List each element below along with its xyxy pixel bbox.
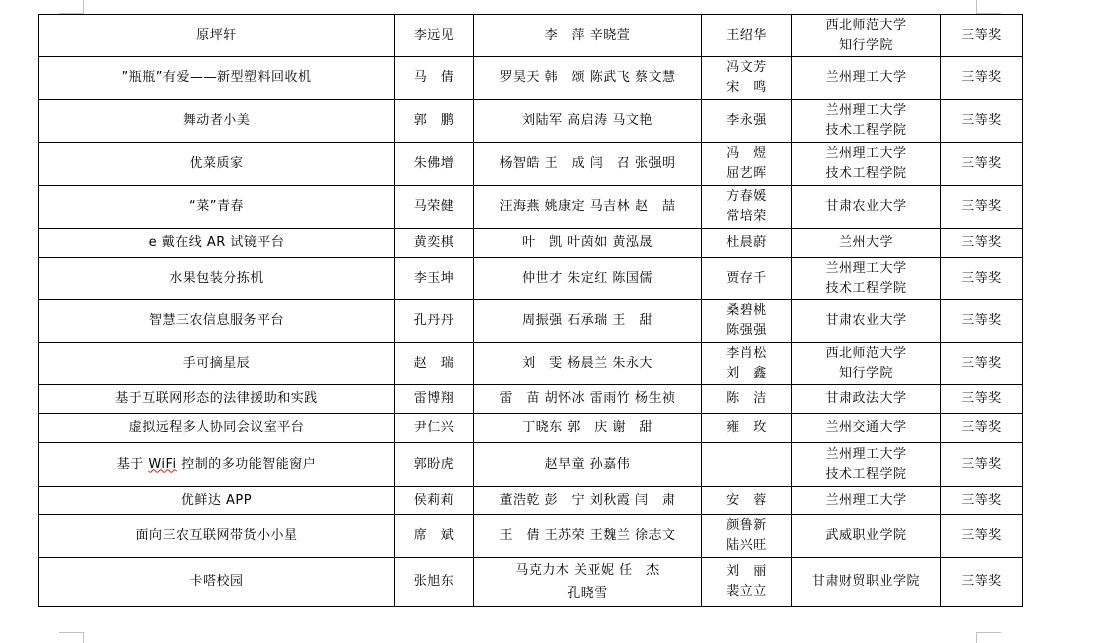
school-cell[interactable]: 甘肃财贸职业学院 (792, 558, 941, 607)
award-cell[interactable]: 三等奖 (941, 300, 1023, 343)
award-cell[interactable]: 三等奖 (941, 443, 1023, 487)
advisors-cell[interactable]: 王绍华 (702, 15, 792, 57)
leader-cell[interactable]: 朱佛增 (395, 143, 474, 186)
award-cell[interactable]: 三等奖 (941, 100, 1023, 143)
school-cell[interactable]: 甘肃农业大学 (792, 300, 941, 343)
school-cell[interactable]: 西北师范大学 知行学院 (792, 15, 941, 57)
leader-cell[interactable]: 郭 鹏 (395, 100, 474, 143)
advisors-cell[interactable]: 陈 洁 (702, 385, 792, 414)
leader-cell[interactable]: 雷博翔 (395, 385, 474, 414)
leader-cell[interactable]: 赵 瑞 (395, 343, 474, 385)
project-name-cell[interactable]: 基于 WiFi 控制的多功能智能窗户 (39, 443, 395, 487)
table-row: 基于互联网形态的法律援助和实践 雷博翔 雷 苗 胡怀冰 雷雨竹 杨生祯 陈 洁 … (39, 385, 1023, 414)
corner-mark-bottom-left-h (59, 632, 84, 633)
award-cell[interactable]: 三等奖 (941, 57, 1023, 100)
table-row: e 戴在线 AR 试镜平台 黄奕棋 叶 凯 叶茵如 黄泓晟 杜晨蔚 兰州大学 三… (39, 229, 1023, 258)
advisors-cell[interactable]: 雍 玫 (702, 414, 792, 443)
table-row: 舞动者小美 郭 鹏 刘陆军 高启涛 马文艳 李永强 兰州理工大学 技术工程学院 … (39, 100, 1023, 143)
members-cell[interactable]: 刘 雯 杨晨兰 朱永大 (474, 343, 702, 385)
award-cell[interactable]: 三等奖 (941, 343, 1023, 385)
table-row: 面向三农互联网带货小小星 席 斌 王 倩 王苏荣 王魏兰 徐志文 颜鲁新 陆兴旺… (39, 515, 1023, 558)
members-cell[interactable]: 李 萍 辛晓萱 (474, 15, 702, 57)
award-cell[interactable]: 三等奖 (941, 143, 1023, 186)
advisors-cell[interactable]: 方春媛 常培荣 (702, 186, 792, 229)
project-prefix: 基于 (117, 457, 149, 472)
leader-cell[interactable]: 李玉坤 (395, 258, 474, 300)
school-cell[interactable]: 兰州大学 (792, 229, 941, 258)
award-cell[interactable]: 三等奖 (941, 15, 1023, 57)
corner-mark-bottom-right-v (976, 632, 977, 643)
members-cell[interactable]: 杨智皓 王 成 闫 召 张强明 (474, 143, 702, 186)
members-cell[interactable]: 叶 凯 叶茵如 黄泓晟 (474, 229, 702, 258)
members-cell[interactable]: 马克力木 关亚妮 任 杰 孔晓雪 (474, 558, 702, 607)
corner-mark-bottom-right-h (976, 632, 1001, 633)
members-cell[interactable]: 赵早童 孙嘉伟 (474, 443, 702, 487)
leader-cell[interactable]: 席 斌 (395, 515, 474, 558)
corner-mark-top-right-v (976, 0, 977, 14)
leader-cell[interactable]: 郭盼虎 (395, 443, 474, 487)
project-name-cell[interactable]: 虚拟远程多人协同会议室平台 (39, 414, 395, 443)
project-suffix: 控制的多功能智能窗户 (177, 457, 317, 472)
award-cell[interactable]: 三等奖 (941, 229, 1023, 258)
award-cell[interactable]: 三等奖 (941, 558, 1023, 607)
project-name-cell[interactable]: 基于互联网形态的法律援助和实践 (39, 385, 395, 414)
project-name-cell[interactable]: “菜”青春 (39, 186, 395, 229)
award-cell[interactable]: 三等奖 (941, 487, 1023, 515)
school-cell[interactable]: 兰州理工大学 技术工程学院 (792, 143, 941, 186)
advisors-cell[interactable]: 刘 丽 裴立立 (702, 558, 792, 607)
leader-cell[interactable]: 马 倩 (395, 57, 474, 100)
project-name-cell[interactable]: 优菜质家 (39, 143, 395, 186)
table-row: 优鲜达 APP 侯莉莉 董浩乾 彭 宁 刘秋霞 闫 肃 安 蓉 兰州理工大学 三… (39, 487, 1023, 515)
school-cell[interactable]: 武威职业学院 (792, 515, 941, 558)
school-cell[interactable]: 兰州交通大学 (792, 414, 941, 443)
school-cell[interactable]: 兰州理工大学 (792, 487, 941, 515)
table-row: “菜”青春 马荣健 汪海燕 姚康定 马吉林 赵 喆 方春媛 常培荣 甘肃农业大学… (39, 186, 1023, 229)
table-row: 水果包装分拣机 李玉坤 仲世才 朱定红 陈国儒 贾存千 兰州理工大学 技术工程学… (39, 258, 1023, 300)
leader-cell[interactable]: 侯莉莉 (395, 487, 474, 515)
leader-cell[interactable]: 尹仁兴 (395, 414, 474, 443)
school-cell[interactable]: 兰州理工大学 技术工程学院 (792, 443, 941, 487)
advisors-cell[interactable]: 桑碧桃 陈强强 (702, 300, 792, 343)
table-row: ”瓶瓶”有爱——新型塑料回收机 马 倩 罗昊天 韩 颂 陈武飞 蔡文慧 冯文芳 … (39, 57, 1023, 100)
award-cell[interactable]: 三等奖 (941, 515, 1023, 558)
advisors-cell[interactable]: 颜鲁新 陆兴旺 (702, 515, 792, 558)
members-cell[interactable]: 周振强 石承瑞 王 甜 (474, 300, 702, 343)
award-cell[interactable]: 三等奖 (941, 385, 1023, 414)
project-name-cell[interactable]: 原坪轩 (39, 15, 395, 57)
project-name-cell[interactable]: 优鲜达 APP (39, 487, 395, 515)
advisors-cell[interactable]: 李永强 (702, 100, 792, 143)
members-cell[interactable]: 仲世才 朱定红 陈国儒 (474, 258, 702, 300)
members-cell[interactable]: 汪海燕 姚康定 马吉林 赵 喆 (474, 186, 702, 229)
table-row: 卡嗒校园 张旭东 马克力木 关亚妮 任 杰 孔晓雪 刘 丽 裴立立 甘肃财贸职业… (39, 558, 1023, 607)
members-cell[interactable]: 董浩乾 彭 宁 刘秋霞 闫 肃 (474, 487, 702, 515)
project-name-cell[interactable]: 面向三农互联网带货小小星 (39, 515, 395, 558)
advisors-cell[interactable]: 冯文芳 宋 鸣 (702, 57, 792, 100)
project-name-cell[interactable]: 手可摘星辰 (39, 343, 395, 385)
project-name-cell[interactable]: 智慧三农信息服务平台 (39, 300, 395, 343)
corner-mark-bottom-left-v (83, 632, 84, 643)
table-row: 虚拟远程多人协同会议室平台 尹仁兴 丁晓东 郭 庆 谢 甜 雍 玫 兰州交通大学… (39, 414, 1023, 443)
awards-table: 原坪轩 李远见 李 萍 辛晓萱 王绍华 西北师范大学 知行学院 三等奖 ”瓶瓶”… (38, 14, 1023, 607)
members-cell[interactable]: 丁晓东 郭 庆 谢 甜 (474, 414, 702, 443)
project-name-cell[interactable]: e 戴在线 AR 试镜平台 (39, 229, 395, 258)
leader-cell[interactable]: 李远见 (395, 15, 474, 57)
table-row: 原坪轩 李远见 李 萍 辛晓萱 王绍华 西北师范大学 知行学院 三等奖 (39, 15, 1023, 57)
project-name-cell[interactable]: 舞动者小美 (39, 100, 395, 143)
school-cell[interactable]: 兰州理工大学 (792, 57, 941, 100)
members-cell[interactable]: 王 倩 王苏荣 王魏兰 徐志文 (474, 515, 702, 558)
members-cell[interactable]: 罗昊天 韩 颂 陈武飞 蔡文慧 (474, 57, 702, 100)
advisors-cell[interactable]: 安 蓉 (702, 487, 792, 515)
corner-mark-top-left-v (83, 0, 84, 14)
advisors-cell[interactable]: 冯 煜 屈艺晖 (702, 143, 792, 186)
advisors-cell[interactable]: 贾存千 (702, 258, 792, 300)
project-name-cell[interactable]: 水果包装分拣机 (39, 258, 395, 300)
leader-cell[interactable]: 孔丹丹 (395, 300, 474, 343)
spellcheck-flagged-word[interactable]: WiFi (148, 457, 176, 472)
advisors-cell[interactable] (702, 443, 792, 487)
award-cell[interactable]: 三等奖 (941, 258, 1023, 300)
members-cell[interactable]: 刘陆军 高启涛 马文艳 (474, 100, 702, 143)
leader-cell[interactable]: 张旭东 (395, 558, 474, 607)
table-row: 智慧三农信息服务平台 孔丹丹 周振强 石承瑞 王 甜 桑碧桃 陈强强 甘肃农业大… (39, 300, 1023, 343)
table-row: 基于 WiFi 控制的多功能智能窗户 郭盼虎 赵早童 孙嘉伟 兰州理工大学 技术… (39, 443, 1023, 487)
project-name-cell[interactable]: ”瓶瓶”有爱——新型塑料回收机 (39, 57, 395, 100)
members-cell[interactable]: 雷 苗 胡怀冰 雷雨竹 杨生祯 (474, 385, 702, 414)
advisors-cell[interactable]: 李肖松 刘 鑫 (702, 343, 792, 385)
school-cell[interactable]: 甘肃政法大学 (792, 385, 941, 414)
award-cell[interactable]: 三等奖 (941, 186, 1023, 229)
leader-cell[interactable]: 黄奕棋 (395, 229, 474, 258)
project-name-cell[interactable]: 卡嗒校园 (39, 558, 395, 607)
school-cell[interactable]: 兰州理工大学 技术工程学院 (792, 258, 941, 300)
school-cell[interactable]: 兰州理工大学 技术工程学院 (792, 100, 941, 143)
award-cell[interactable]: 三等奖 (941, 414, 1023, 443)
table-row: 优菜质家 朱佛增 杨智皓 王 成 闫 召 张强明 冯 煜 屈艺晖 兰州理工大学 … (39, 143, 1023, 186)
school-cell[interactable]: 西北师范大学 知行学院 (792, 343, 941, 385)
table-row: 手可摘星辰 赵 瑞 刘 雯 杨晨兰 朱永大 李肖松 刘 鑫 西北师范大学 知行学… (39, 343, 1023, 385)
advisors-cell[interactable]: 杜晨蔚 (702, 229, 792, 258)
school-cell[interactable]: 甘肃农业大学 (792, 186, 941, 229)
leader-cell[interactable]: 马荣健 (395, 186, 474, 229)
